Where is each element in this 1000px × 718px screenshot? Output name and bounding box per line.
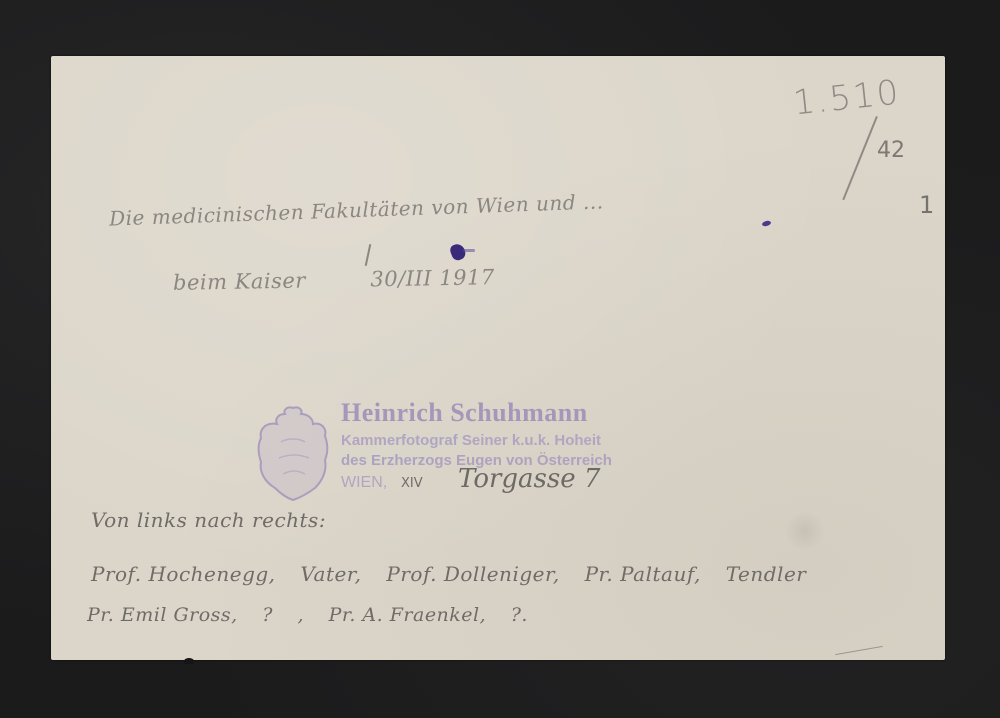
ink-blot-smear [463, 249, 475, 252]
caption-line-1: Die medicinischen Fakultäten von Wien un… [109, 189, 604, 230]
name-entry: Pr. Emil Gross, [87, 604, 238, 626]
name-entry: Prof. Hochenegg, [91, 562, 276, 586]
ink-blot [449, 242, 468, 262]
stamp-street: Torgasse 7 [458, 464, 600, 494]
stamp-district: XIV [401, 476, 423, 491]
names-intro: Von links nach rechts: [91, 508, 326, 532]
inventory-suffix: 1 [919, 191, 934, 219]
inventory-number: 1.510 [791, 72, 902, 123]
photo-card-verso: 1.510 42 1 Die medicinischen Fakultäten … [51, 56, 945, 660]
name-entry: Pr. Paltauf, [585, 562, 701, 586]
pencil-stroke [835, 646, 882, 655]
name-entry: ?. [511, 604, 528, 626]
name-entry: Prof. Dolleniger, [386, 562, 559, 586]
stamp-photographer-name: Heinrich Schuhmann [341, 398, 588, 428]
caption-line-2: beim Kaiser 30/III 1917 [173, 265, 495, 295]
photographer-stamp: Heinrich Schuhmann Kammerfotograf Seiner… [253, 396, 633, 511]
name-entry: , [297, 604, 304, 626]
coat-of-arms-icon [253, 402, 333, 502]
inventory-slash [842, 116, 878, 200]
name-entry: ? [262, 604, 273, 626]
names-row-1: Prof. Hochenegg, Vater, Prof. Dolleniger… [91, 562, 824, 586]
pencil-mark [365, 244, 372, 266]
name-entry: Tendler [726, 562, 807, 586]
card-edge-nick [184, 658, 194, 664]
inventory-sub-number: 42 [877, 138, 905, 163]
stamp-city: WIEN, [341, 474, 387, 492]
names-row-2: Pr. Emil Gross, ? , Pr. A. Fraenkel, ?. [87, 604, 546, 626]
stain [783, 512, 827, 550]
name-entry: Vater, [300, 562, 361, 586]
ink-dot [762, 220, 772, 227]
name-entry: Pr. A. Fraenkel, [329, 604, 487, 626]
caption-location: beim Kaiser [173, 268, 306, 294]
stamp-title: Kammerfotograf Seiner k.u.k. Hoheit [341, 432, 601, 449]
caption-date: 30/III 1917 [370, 265, 495, 291]
